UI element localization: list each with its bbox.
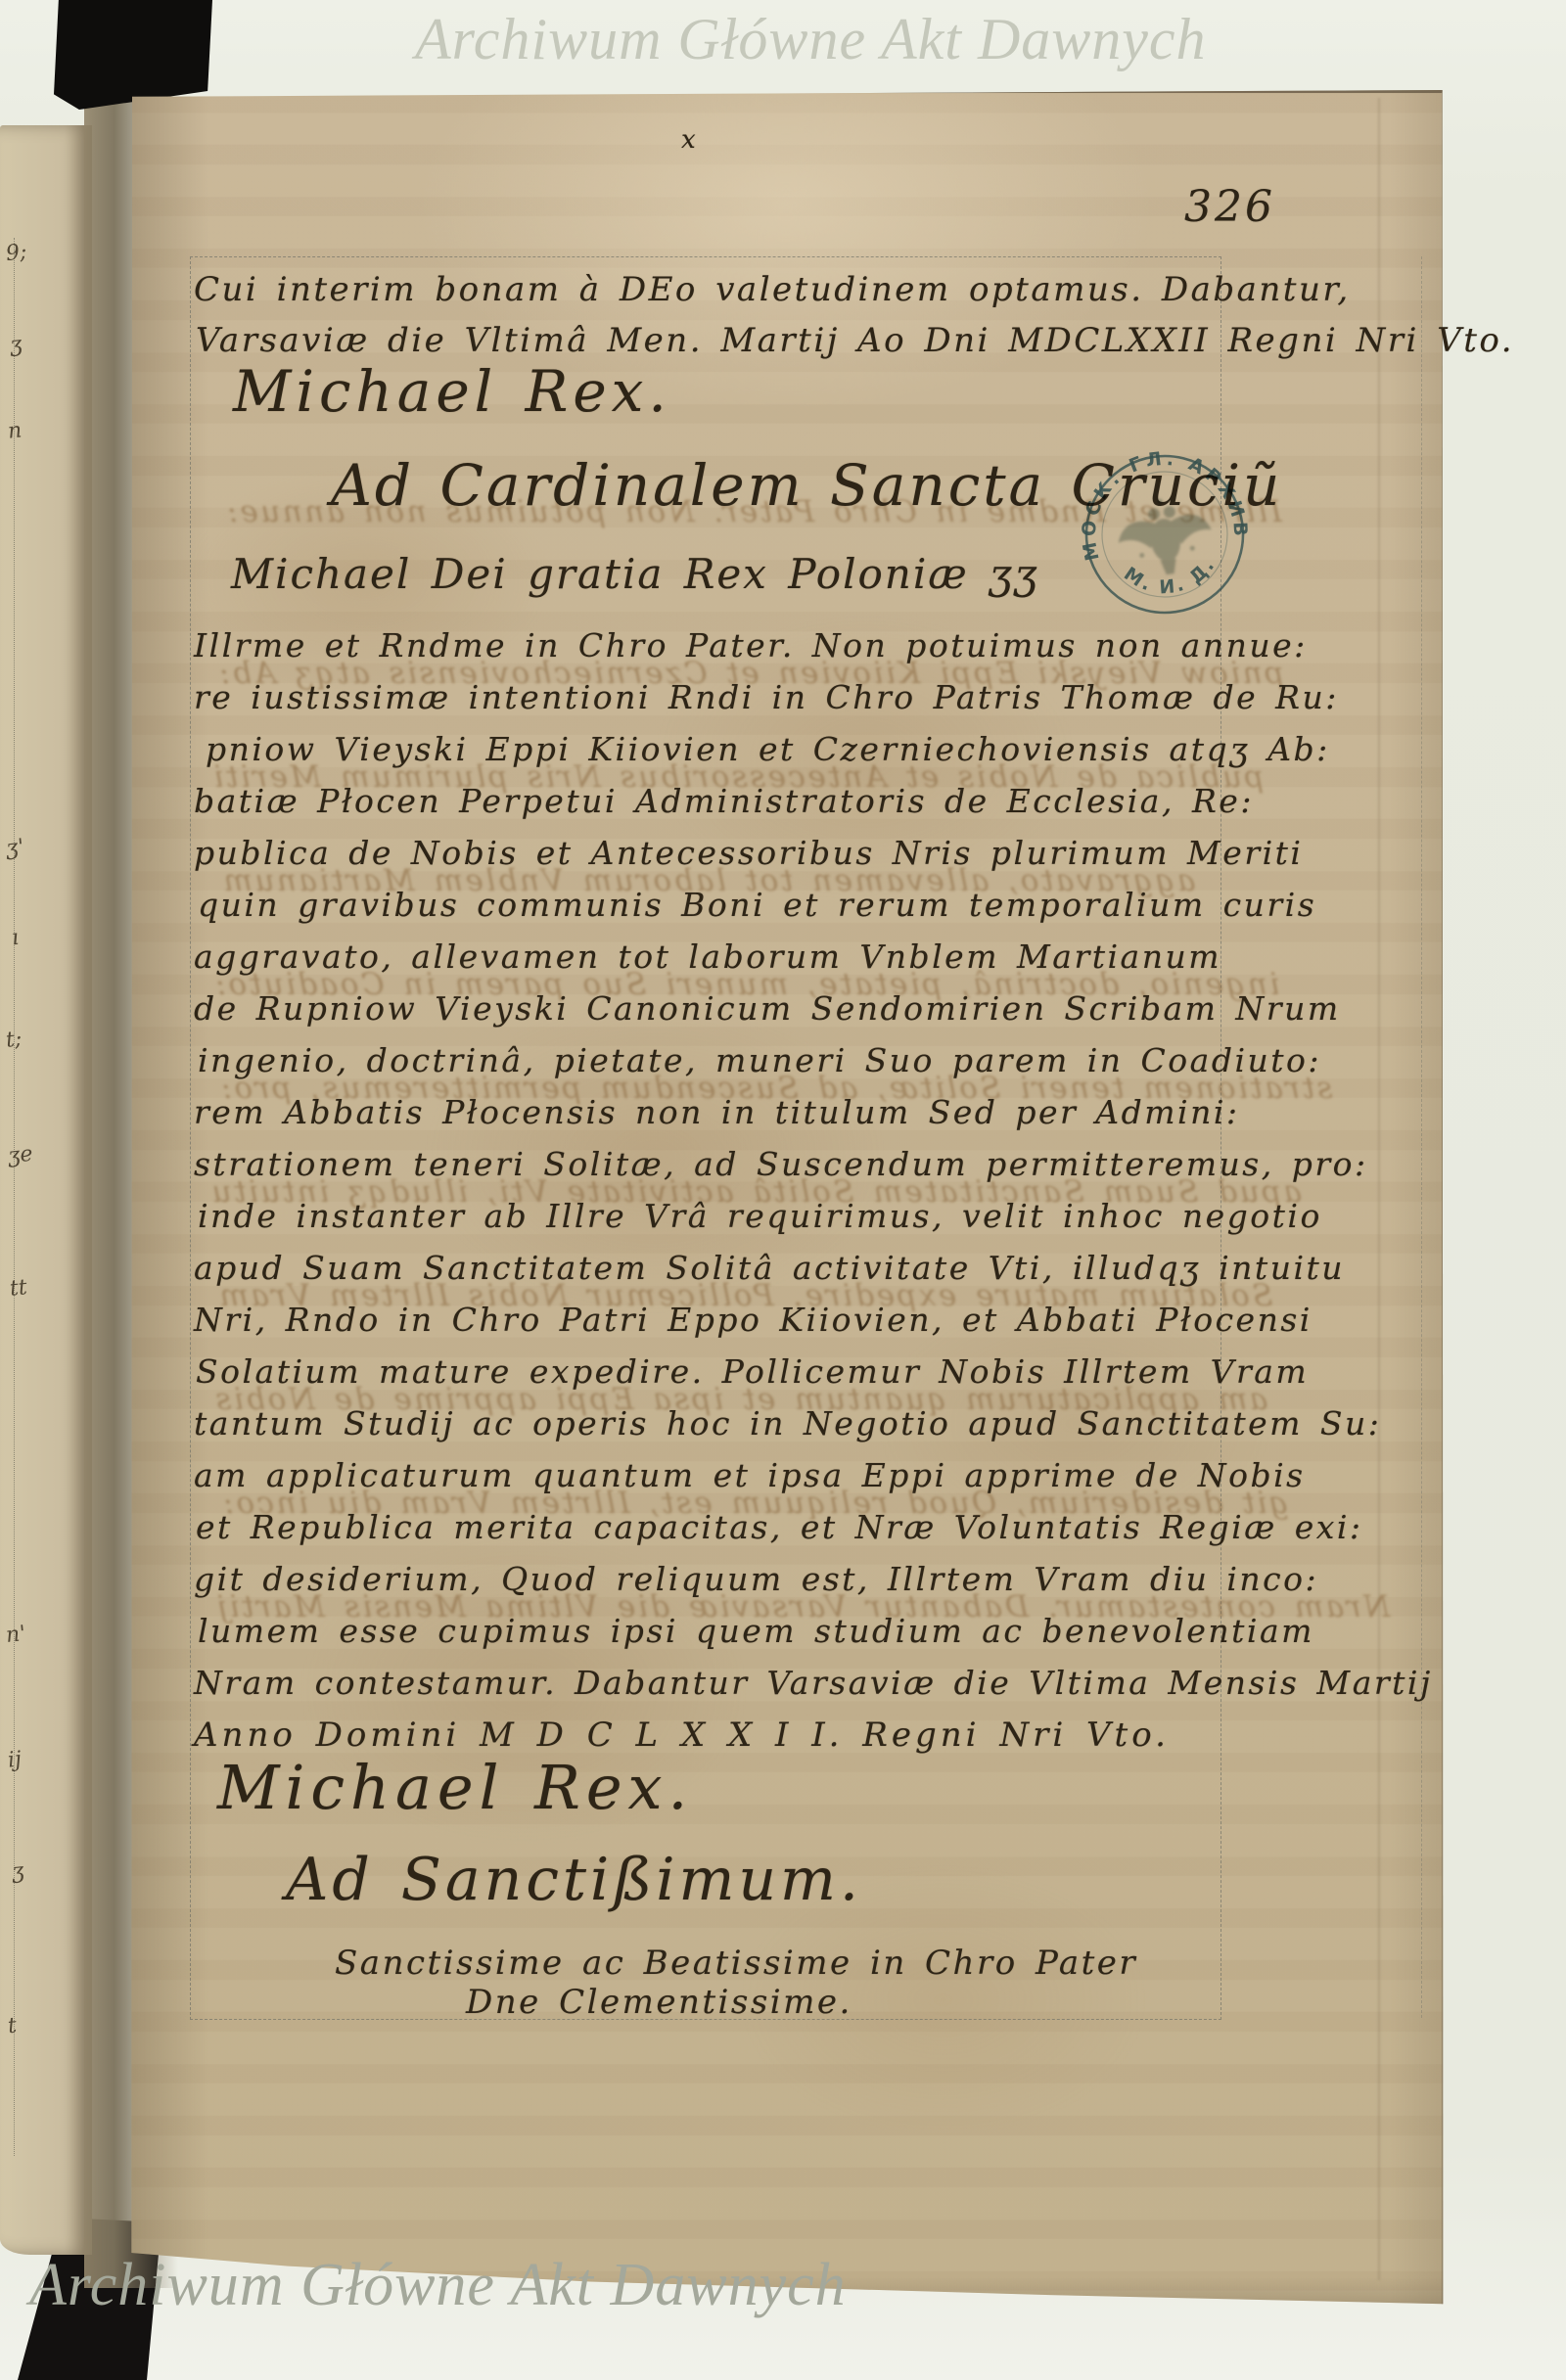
header-line: Varsaviæ die Vltimâ Men. Martij Ao Dni M…	[196, 321, 1514, 360]
margin-fragment: t	[7, 2014, 18, 2039]
manuscript-scan: 9; ʒ n ʒ' ı t; ʒe tt n' ij ʒ t 326 x Ill…	[0, 0, 1566, 2380]
margin-fragment: ı	[11, 926, 21, 951]
margin-fragment: ij	[7, 1747, 23, 1772]
body-line: Illrme et Rndme in Chro Pater. Non potui…	[194, 626, 1308, 664]
body-line: apud Suam Sanctitatem Solitâ activitate …	[194, 1249, 1345, 1287]
margin-fragment: n'	[5, 1622, 27, 1648]
archive-stamp: МОСК. ГЛ. АРХИВ М. И. Д.	[1070, 439, 1260, 629]
margin-fragment: tt	[9, 1275, 28, 1302]
body-line: pniow Vieyski Eppi Kiiovien et Czerniech…	[206, 730, 1330, 768]
body-line: inde instanter ab Illre Vrâ requirimus, …	[198, 1197, 1322, 1235]
margin-fragment: ʒ	[9, 332, 23, 357]
margin-fragment: ʒ	[11, 1858, 25, 1884]
body-line: ingenio, doctrinâ, pietate, muneri Suo p…	[198, 1041, 1321, 1079]
body-line: strationem teneri Solitæ, ad Suscendum p…	[194, 1145, 1368, 1183]
margin-fragment: ʒ'	[5, 835, 25, 861]
collation-mark: x	[681, 125, 698, 155]
body-line: et Republica merita capacitas, et Nræ Vo…	[196, 1508, 1363, 1546]
body-line: tantum Studij ac operis hoc in Negotio a…	[194, 1404, 1381, 1442]
body-line: de Rupniow Vieyski Canonicum Sendomirien…	[194, 989, 1341, 1028]
royal-signature: Michael Rex.	[217, 1752, 693, 1823]
salutation-line: Michael Dei gratia Rex Poloniæ ʒʒ	[231, 550, 1039, 598]
bookmark-ribbon-top	[54, 0, 212, 110]
body-line: Nram contestamur. Dabantur Varsaviæ die …	[194, 1664, 1433, 1702]
archive-watermark-bottom: Archiwum Główne Akt Dawnych	[29, 2251, 847, 2320]
closing-line: Dne Clementissime.	[466, 1983, 852, 2022]
body-line-date: Anno Domini M D C L X X I I. Regni Nri V…	[194, 1716, 1170, 1755]
body-line: Solatium mature expedire. Pollicemur Nob…	[196, 1352, 1309, 1391]
margin-fragment: n	[7, 418, 23, 443]
archive-watermark-top: Archiwum Główne Akt Dawnych	[415, 6, 1207, 73]
body-line: quin gravibus communis Boni et rerum tem…	[198, 886, 1316, 924]
margin-fragment: t;	[5, 1027, 23, 1053]
body-line: Nri, Rndo in Chro Patri Eppo Kiiovien, e…	[194, 1301, 1313, 1339]
body-line: aggravato, allevamen tot laborum Vnblem …	[194, 938, 1221, 976]
outer-margin-rule	[1421, 256, 1422, 2018]
margin-fragment: 9;	[5, 240, 28, 266]
body-line: am applicaturum quantum et ipsa Eppi app…	[194, 1456, 1306, 1494]
body-line: git desiderium, Quod reliquum est, Illrt…	[194, 1560, 1318, 1598]
margin-fragment: ʒe	[7, 1142, 34, 1169]
facing-page-edge: 9; ʒ n ʒ' ı t; ʒe tt n' ij ʒ t	[0, 125, 92, 2255]
body-line: rem Abbatis Płocensis non in titulum Sed…	[194, 1093, 1240, 1131]
body-line: re iustissimæ intentioni Rndi in Chro Pa…	[194, 678, 1339, 716]
body-line: batiæ Płocen Perpetui Administratoris de…	[194, 782, 1254, 820]
closing-line: Sanctissime ac Beatissime in Chro Pater	[335, 1944, 1137, 1983]
folio-number: 326	[1184, 182, 1275, 232]
royal-signature: Michael Rex.	[233, 358, 671, 425]
body-line: publica de Nobis et Antecessoribus Nris …	[194, 834, 1303, 872]
body-line: lumem esse cupimus ipsi quem studium ac …	[198, 1612, 1314, 1650]
page-crease	[1378, 98, 1380, 2280]
section-heading-sanctissimum: Ad Sanctißimum.	[286, 1846, 862, 1914]
header-line: Cui interim bonam à DEo valetudinem opta…	[194, 270, 1351, 309]
